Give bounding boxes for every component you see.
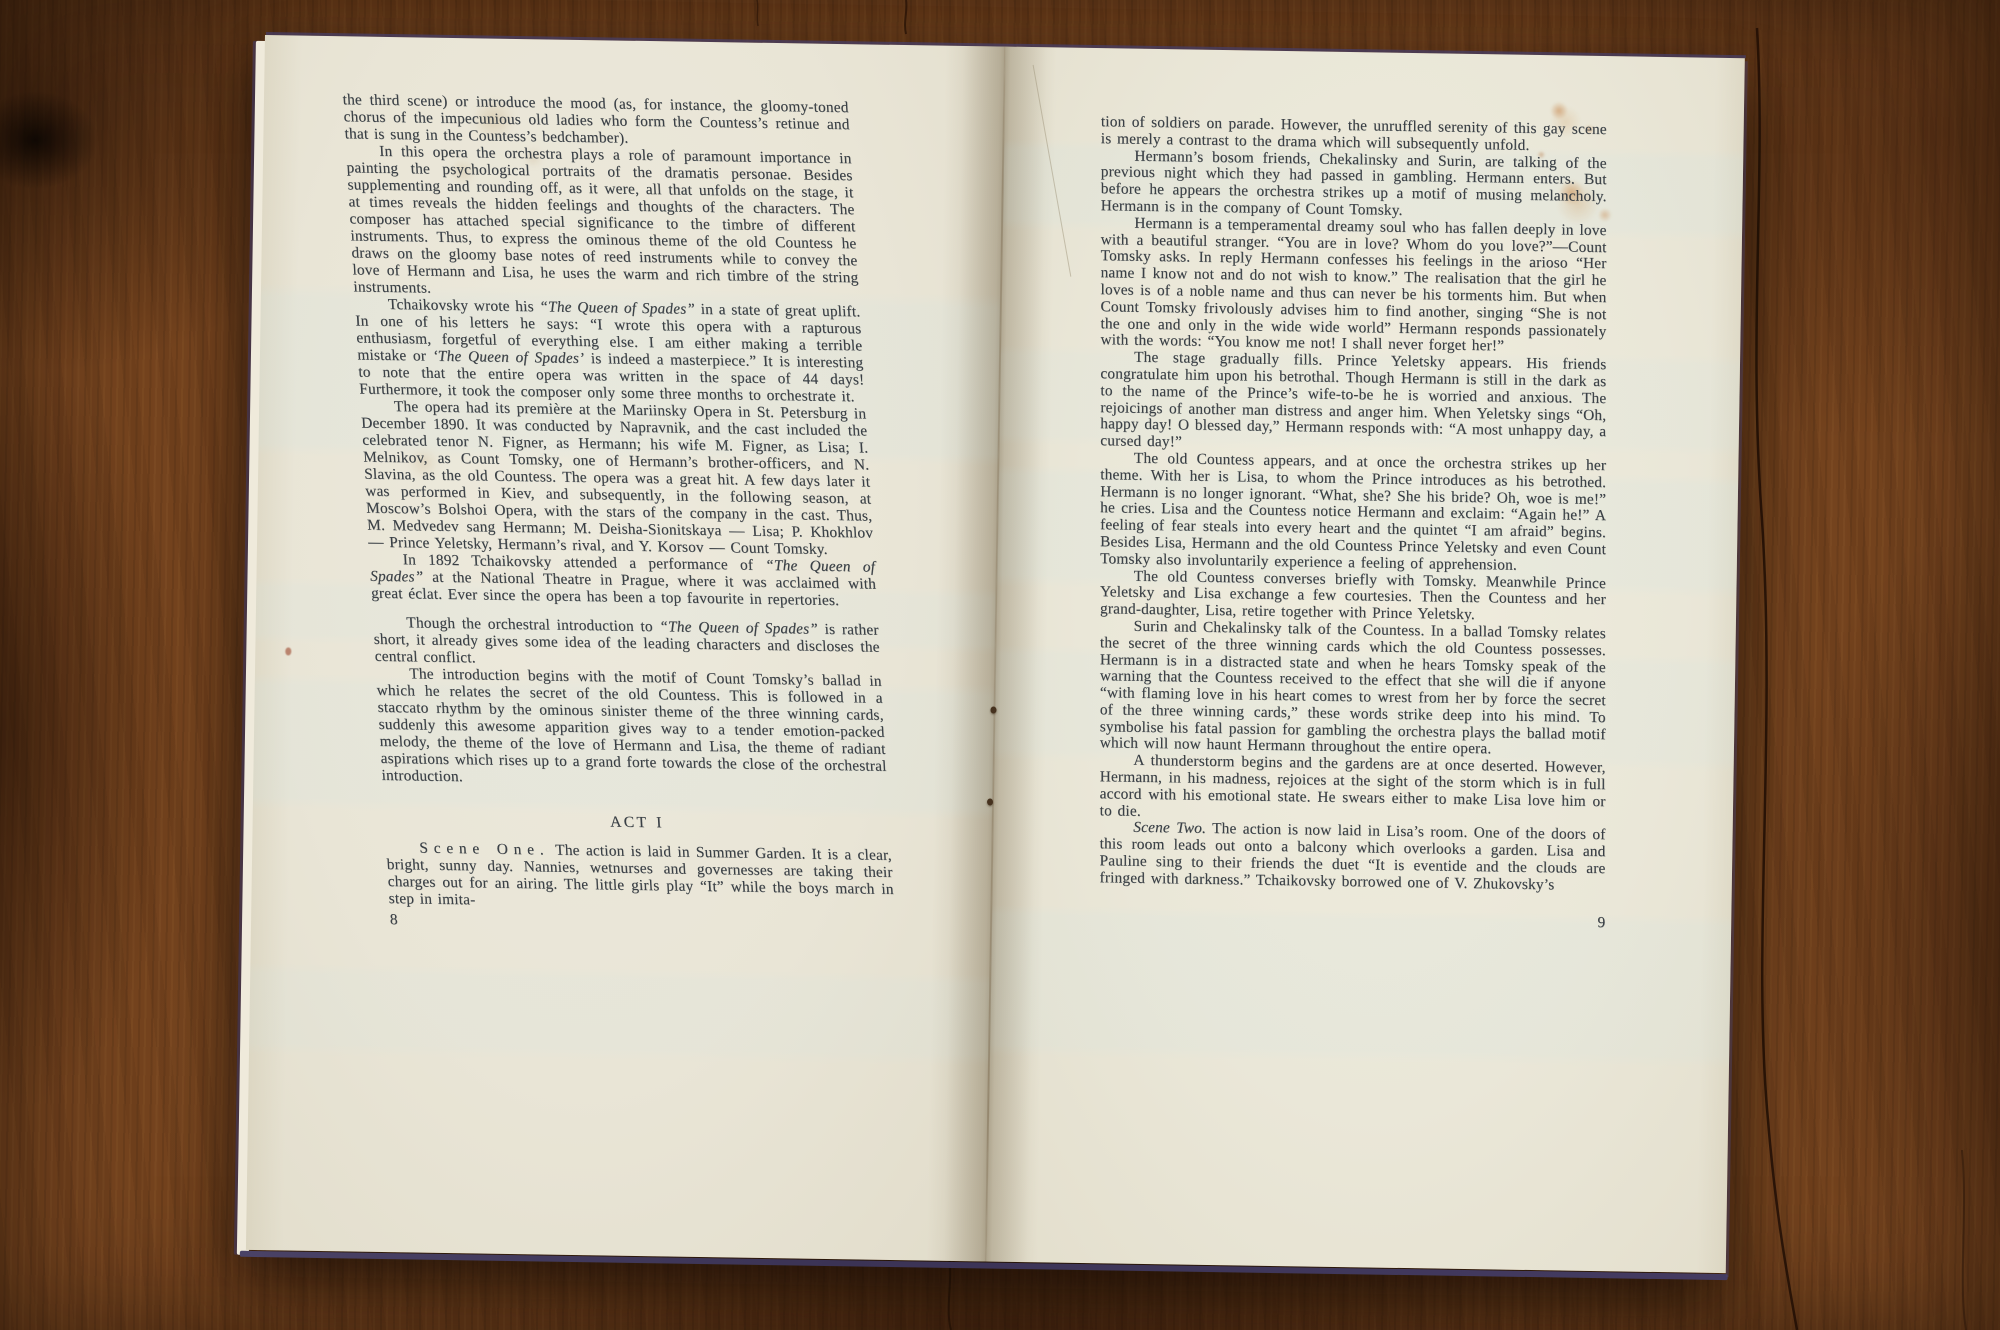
paragraph: The opera had its première at the Mariin… — [360, 398, 875, 559]
page8-text-column: the third scene) or introduce the mood (… — [342, 91, 896, 936]
paragraph: In this opera the orchestra plays a role… — [345, 142, 860, 303]
paragraph: The old Countess appears, and at once th… — [1100, 450, 1606, 576]
scene-one-label: Scene One. — [419, 840, 550, 859]
paragraph: Scene Two. The action is now laid in Lis… — [1100, 820, 1606, 895]
paragraph: Tchaikovsky wrote his “The Queen of Spad… — [354, 295, 866, 405]
rust-speck — [285, 647, 291, 655]
page-number: 8 — [389, 911, 896, 936]
page9-paragraphs: tion of soldiers on parade. However, the… — [1100, 114, 1607, 895]
paragraph: The old Countess converses briefly with … — [1100, 568, 1606, 626]
page9-text-column: tion of soldiers on parade. However, the… — [1099, 114, 1606, 931]
paragraph: the third scene) or introduce the mood (… — [342, 91, 851, 150]
page8-paragraphs: the third scene) or introduce the mood (… — [342, 91, 895, 915]
staple-hole — [987, 798, 993, 805]
open-booklet: the third scene) or introduce the mood (… — [246, 35, 1745, 1273]
scene-two-label: Scene Two. — [1133, 819, 1206, 837]
paragraph: The stage gradually fills. Prince Yelets… — [1100, 349, 1606, 458]
page-number: 9 — [1099, 907, 1605, 932]
paragraph: Surin and Chekalinsky talk of the Counte… — [1100, 618, 1606, 760]
paragraph: The introduction begins with the motif o… — [375, 665, 888, 792]
paragraph: A thunderstorm begins and the gardens ar… — [1100, 752, 1606, 827]
wood-table-background: the third scene) or introduce the mood (… — [0, 0, 2000, 1330]
paragraph: Hermann’s bosom friends, Chekalinsky and… — [1101, 148, 1607, 223]
paragraph: Hermann is a temperamental dreamy soul w… — [1100, 215, 1606, 357]
paragraph: In 1892 Tchaikovsky attended a performan… — [369, 551, 878, 610]
act-heading: ACT I — [384, 810, 891, 835]
paragraph: Scene One. The action is laid in Summer … — [385, 839, 895, 915]
page-left: the third scene) or introduce the mood (… — [246, 35, 1005, 1261]
page-right: tion of soldiers on parade. However, the… — [986, 47, 1745, 1273]
paragraph: Though the orchestral introduction to “T… — [372, 614, 881, 673]
